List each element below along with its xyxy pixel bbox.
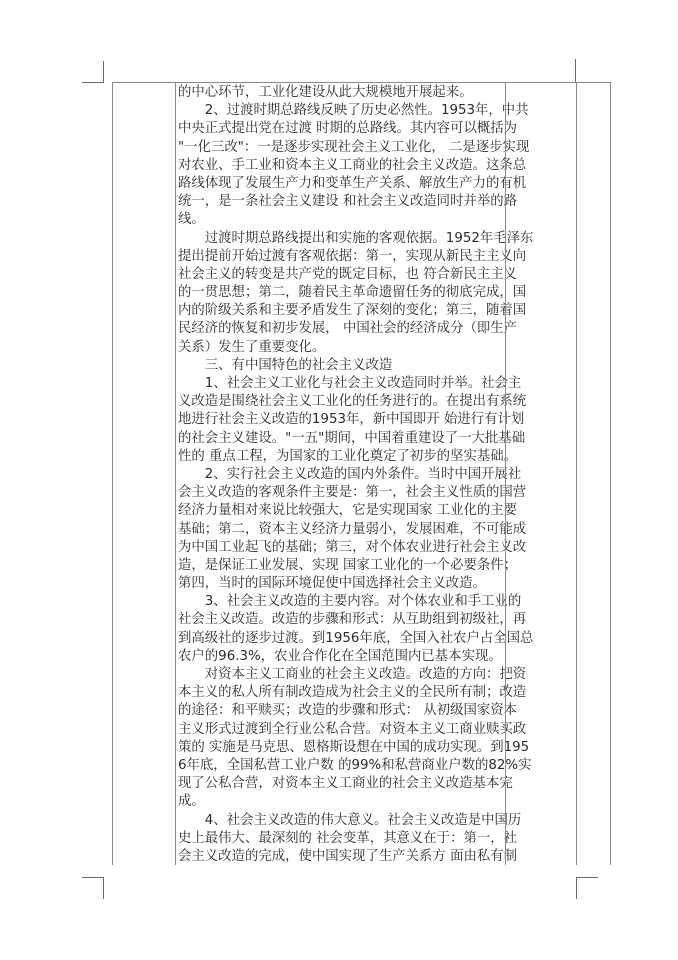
text-line: 为中国工业起飞的基础；第三，对个体农业进行社会主义改 (178, 539, 506, 557)
text-line: 6年底，全国私营工业户数 的99%和私营商业户数的82%实 (178, 757, 506, 775)
text-line: 基础；第二，资本主义经济力量弱小，发展困难，不可能成 (178, 521, 506, 539)
text-line: 关系）发生了重要变化。 (178, 339, 506, 357)
text-line: 过渡时期总路线提出和实施的客观依据。1952年毛泽东 (178, 230, 506, 248)
text-line: 2、实行社会主义改造的国内外条件。当时中国开展社 (178, 466, 506, 484)
text-line: 路线体现了发展生产力和变革生产关系、解放生产力的有机 (178, 175, 506, 193)
text-line: 义改造是围绕社会主义工业化的任务进行的。在提出有系统 (178, 393, 506, 411)
document-page: 的中心环节，工业化建设从此大规模地开展起来。 2、过渡时期总路线反映了历史必然性… (0, 0, 678, 960)
text-line: 成。 (178, 793, 506, 811)
text-line: 提出提前开始过渡有客观依据：第一，实现从新民主主义向 (178, 248, 506, 266)
text-line: 的社会主义建设。"一五"期间，中国着重建设了一大批基础 (178, 430, 506, 448)
text-line: 社会主义改造。改造的步骤和形式：从互助组到初级社，再 (178, 611, 506, 629)
text-line: 三、有中国特色的社会主义改造 (178, 357, 506, 375)
text-line: 造，是保证工业发展、实现 国家工业化的一个必要条件； (178, 557, 506, 575)
text-line: 第四，当时的国际环境促使中国选择社会主义改造。 (178, 575, 506, 593)
text-line: 1、社会主义工业化与社会主义改造同时并举。社会主 (178, 375, 506, 393)
text-line: 内的阶级关系和主要矛盾发生了深刻的变化；第三，随着国 (178, 302, 506, 320)
text-line: 中央正式提出党在过渡 时期的总路线。其内容可以概括为 (178, 120, 506, 138)
text-line: 线。 (178, 211, 506, 229)
text-line: 现了公私合营，对资本主义工商业的社会主义改造基本完 (178, 775, 506, 793)
text-line: 会主义改造的完成，使中国实现了生产关系方 面由私有制 (178, 848, 506, 866)
text-line: 经济力量相对来说比较强大，它是实现国家 工业化的主要 (178, 502, 506, 520)
crop-mark-top-right (575, 59, 598, 83)
table-cell-right-outer (576, 83, 611, 865)
text-line: 史上最伟大、最深刻的 社会变革，其意义在于：第一，社 (178, 830, 506, 848)
text-line: 对资本主义工商业的社会主义改造。改造的方向：把资 (178, 666, 506, 684)
content-table: 的中心环节，工业化建设从此大规模地开展起来。 2、过渡时期总路线反映了历史必然性… (112, 82, 611, 865)
text-line: 策的 实施是马克思、恩格斯设想在中国的成功实现。到195 (178, 739, 506, 757)
text-line: 3、社会主义改造的主要内容。对个体农业和手工业的 (178, 593, 506, 611)
table-cell-left-margin (112, 83, 175, 865)
text-line: "一化三改"：一是逐步实现社会主义工业化， 二是逐步实现 (178, 139, 506, 157)
text-line: 民经济的恢复和初步发展， 中国社会的经济成分（即生产 (178, 320, 506, 338)
text-line: 的途径：和平赎买；改造的步骤和形式： 从初级国家资本 (178, 702, 506, 720)
text-line: 性的 重点工程，为国家的工业化奠定了初步的坚实基础。 (178, 448, 506, 466)
crop-mark-bottom-left (82, 877, 104, 899)
crop-mark-bottom-right (576, 877, 598, 899)
text-line: 统一，是一条社会主义建设 和社会主义改造同时并举的路 (178, 193, 506, 211)
text-line: 对农业、手工业和资本主义工商业的社会主义改造。这条总 (178, 157, 506, 175)
text-line: 2、过渡时期总路线反映了历史必然性。1953年，中共 (178, 102, 506, 120)
page-content-text: 的中心环节，工业化建设从此大规模地开展起来。 2、过渡时期总路线反映了历史必然性… (178, 84, 506, 866)
text-line: 本主义的私人所有制改造成为社会主义的全民所有制；改造 (178, 684, 506, 702)
text-line: 农户的96.3%，农业合作化在全国范围内已基本实现。 (178, 648, 506, 666)
text-line: 4、社会主义改造的伟大意义。社会主义改造是中国历 (178, 812, 506, 830)
text-line: 地进行社会主义改造的1953年，新中国即开 始进行有计划 (178, 411, 506, 429)
text-line: 社会主义的转变是共产党的既定目标，也 符合新民主主义 (178, 266, 506, 284)
table-cell-right-inner (505, 83, 576, 865)
text-line: 到高级社的逐步过渡。到1956年底，全国入社农户占全国总 (178, 630, 506, 648)
table-cell-content: 的中心环节，工业化建设从此大规模地开展起来。 2、过渡时期总路线反映了历史必然性… (175, 83, 505, 865)
crop-mark-top-left (82, 61, 104, 83)
text-line: 会主义改造的客观条件主要是：第一，社会主义性质的国营 (178, 484, 506, 502)
text-line: 的一贯思想；第二，随着民主革命遗留任务的彻底完成，国 (178, 284, 506, 302)
text-line: 主义形式过渡到全行业公私合营。对资本主义工商业赎买政 (178, 721, 506, 739)
text-line: 的中心环节，工业化建设从此大规模地开展起来。 (178, 84, 506, 102)
